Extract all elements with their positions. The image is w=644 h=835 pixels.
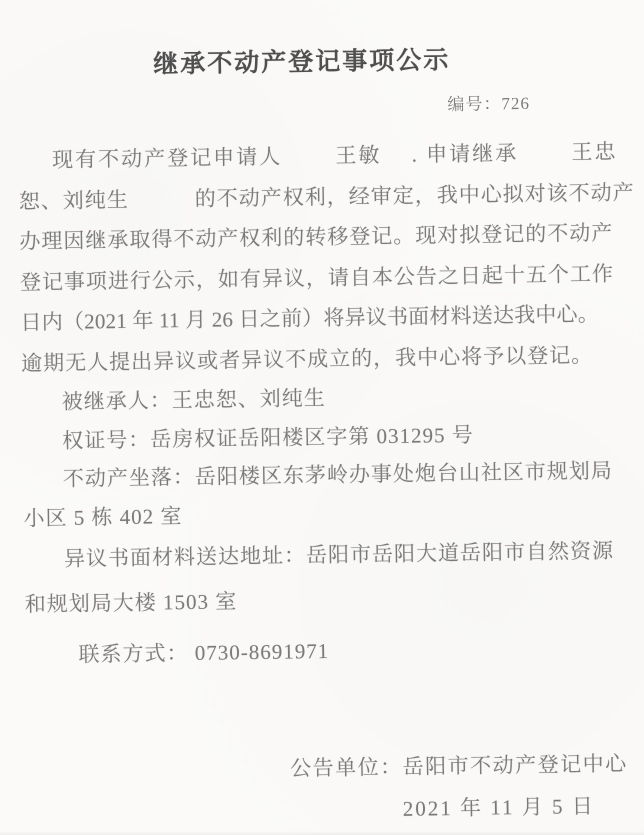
notice-title: 继承不动产登记事项公示 <box>0 42 609 85</box>
contact-phone-line: 联系方式： 0730-8691971 <box>25 624 638 678</box>
notice-body: 现有不动产登记申请人 王敏 . 申请继承 王忠 恕、刘纯生 的不动产权利，经审定… <box>18 131 638 678</box>
scanned-notice-page: 继承不动产登记事项公示 编号：726 现有不动产登记申请人 王敏 . 申请继承 … <box>0 0 644 835</box>
doc-number-label: 编号： <box>447 94 501 114</box>
issue-date-line: 2021 年 11 月 5 日 <box>403 790 595 823</box>
objection-address-line-continued: 和规划局大楼 1503 室 <box>24 573 637 627</box>
doc-number-value: 726 <box>501 94 530 113</box>
objection-address-line: 异议书面材料送达地址：岳阳市岳阳大道岳阳市自然资源 <box>24 528 637 582</box>
doc-number: 编号：726 <box>447 89 530 115</box>
notice-document: 继承不动产登记事项公示 编号：726 现有不动产登记申请人 王敏 . 申请继承 … <box>0 0 644 835</box>
issuing-unit-line: 公告单位：岳阳市不动产登记中心 <box>290 748 628 783</box>
